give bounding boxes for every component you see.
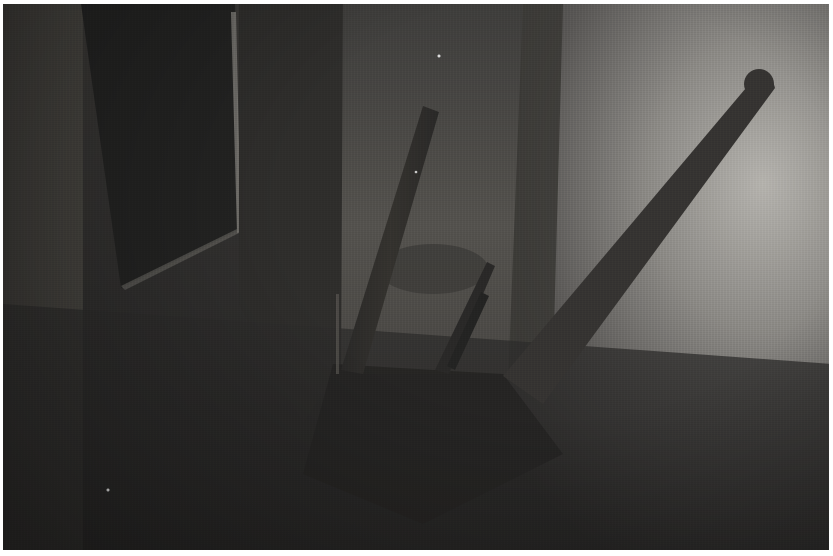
dark-window [81, 4, 239, 288]
scene [3, 4, 829, 550]
photograph: Dim sepia-toned photograph of an overtur… [3, 4, 829, 550]
